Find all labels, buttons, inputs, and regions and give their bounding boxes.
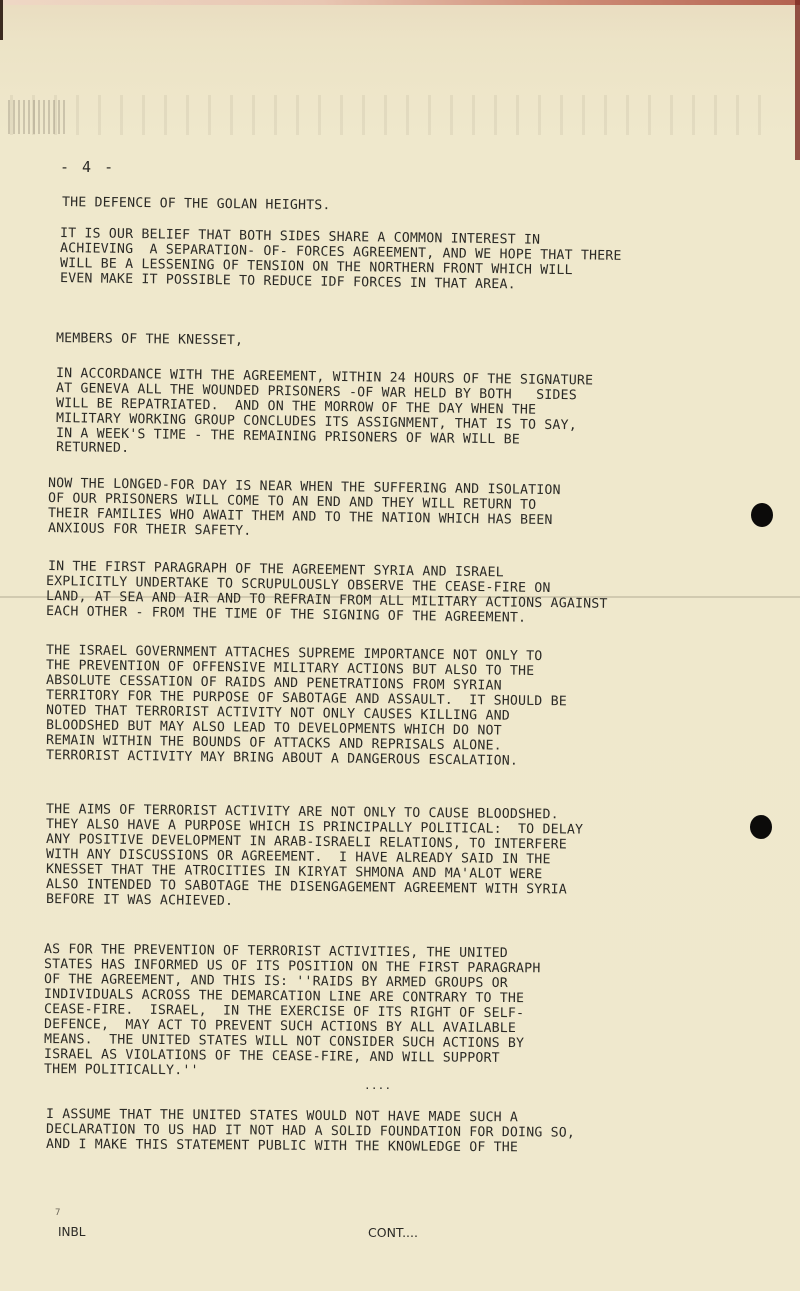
ellipsis-marker: ....: [364, 1080, 391, 1091]
text-line: BEFORE IT WAS ACHIEVED.: [46, 893, 233, 908]
salutation: MEMBERS OF THE KNESSET,: [56, 332, 243, 347]
paper-top-edge: [0, 0, 800, 5]
paper-left-edge: [0, 0, 3, 40]
punch-hole-icon: [751, 503, 773, 527]
paper-right-edge: [795, 0, 800, 160]
reference-code: INBL: [58, 1225, 85, 1239]
section-heading: THE DEFENCE OF THE GOLAN HEIGHTS.: [62, 196, 331, 212]
page-number: - 4 -: [60, 158, 115, 176]
continuation-marker: CONT....: [368, 1225, 418, 1240]
text-line: THEM POLITICALLY.'': [44, 1063, 199, 1078]
text-line: AND I MAKE THIS STATEMENT PUBLIC WITH TH…: [46, 1138, 518, 1154]
text-line: RETURNED.: [56, 441, 129, 455]
text-line: ANXIOUS FOR THEIR SAFETY.: [48, 522, 252, 538]
scan-smudge-left: [8, 100, 68, 134]
document-page: - 4 - THE DEFENCE OF THE GOLAN HEIGHTS. …: [0, 0, 800, 1291]
footer-mark: 7: [55, 1208, 60, 1218]
scan-smudge-band: [10, 95, 770, 135]
punch-hole-icon: [750, 815, 772, 839]
